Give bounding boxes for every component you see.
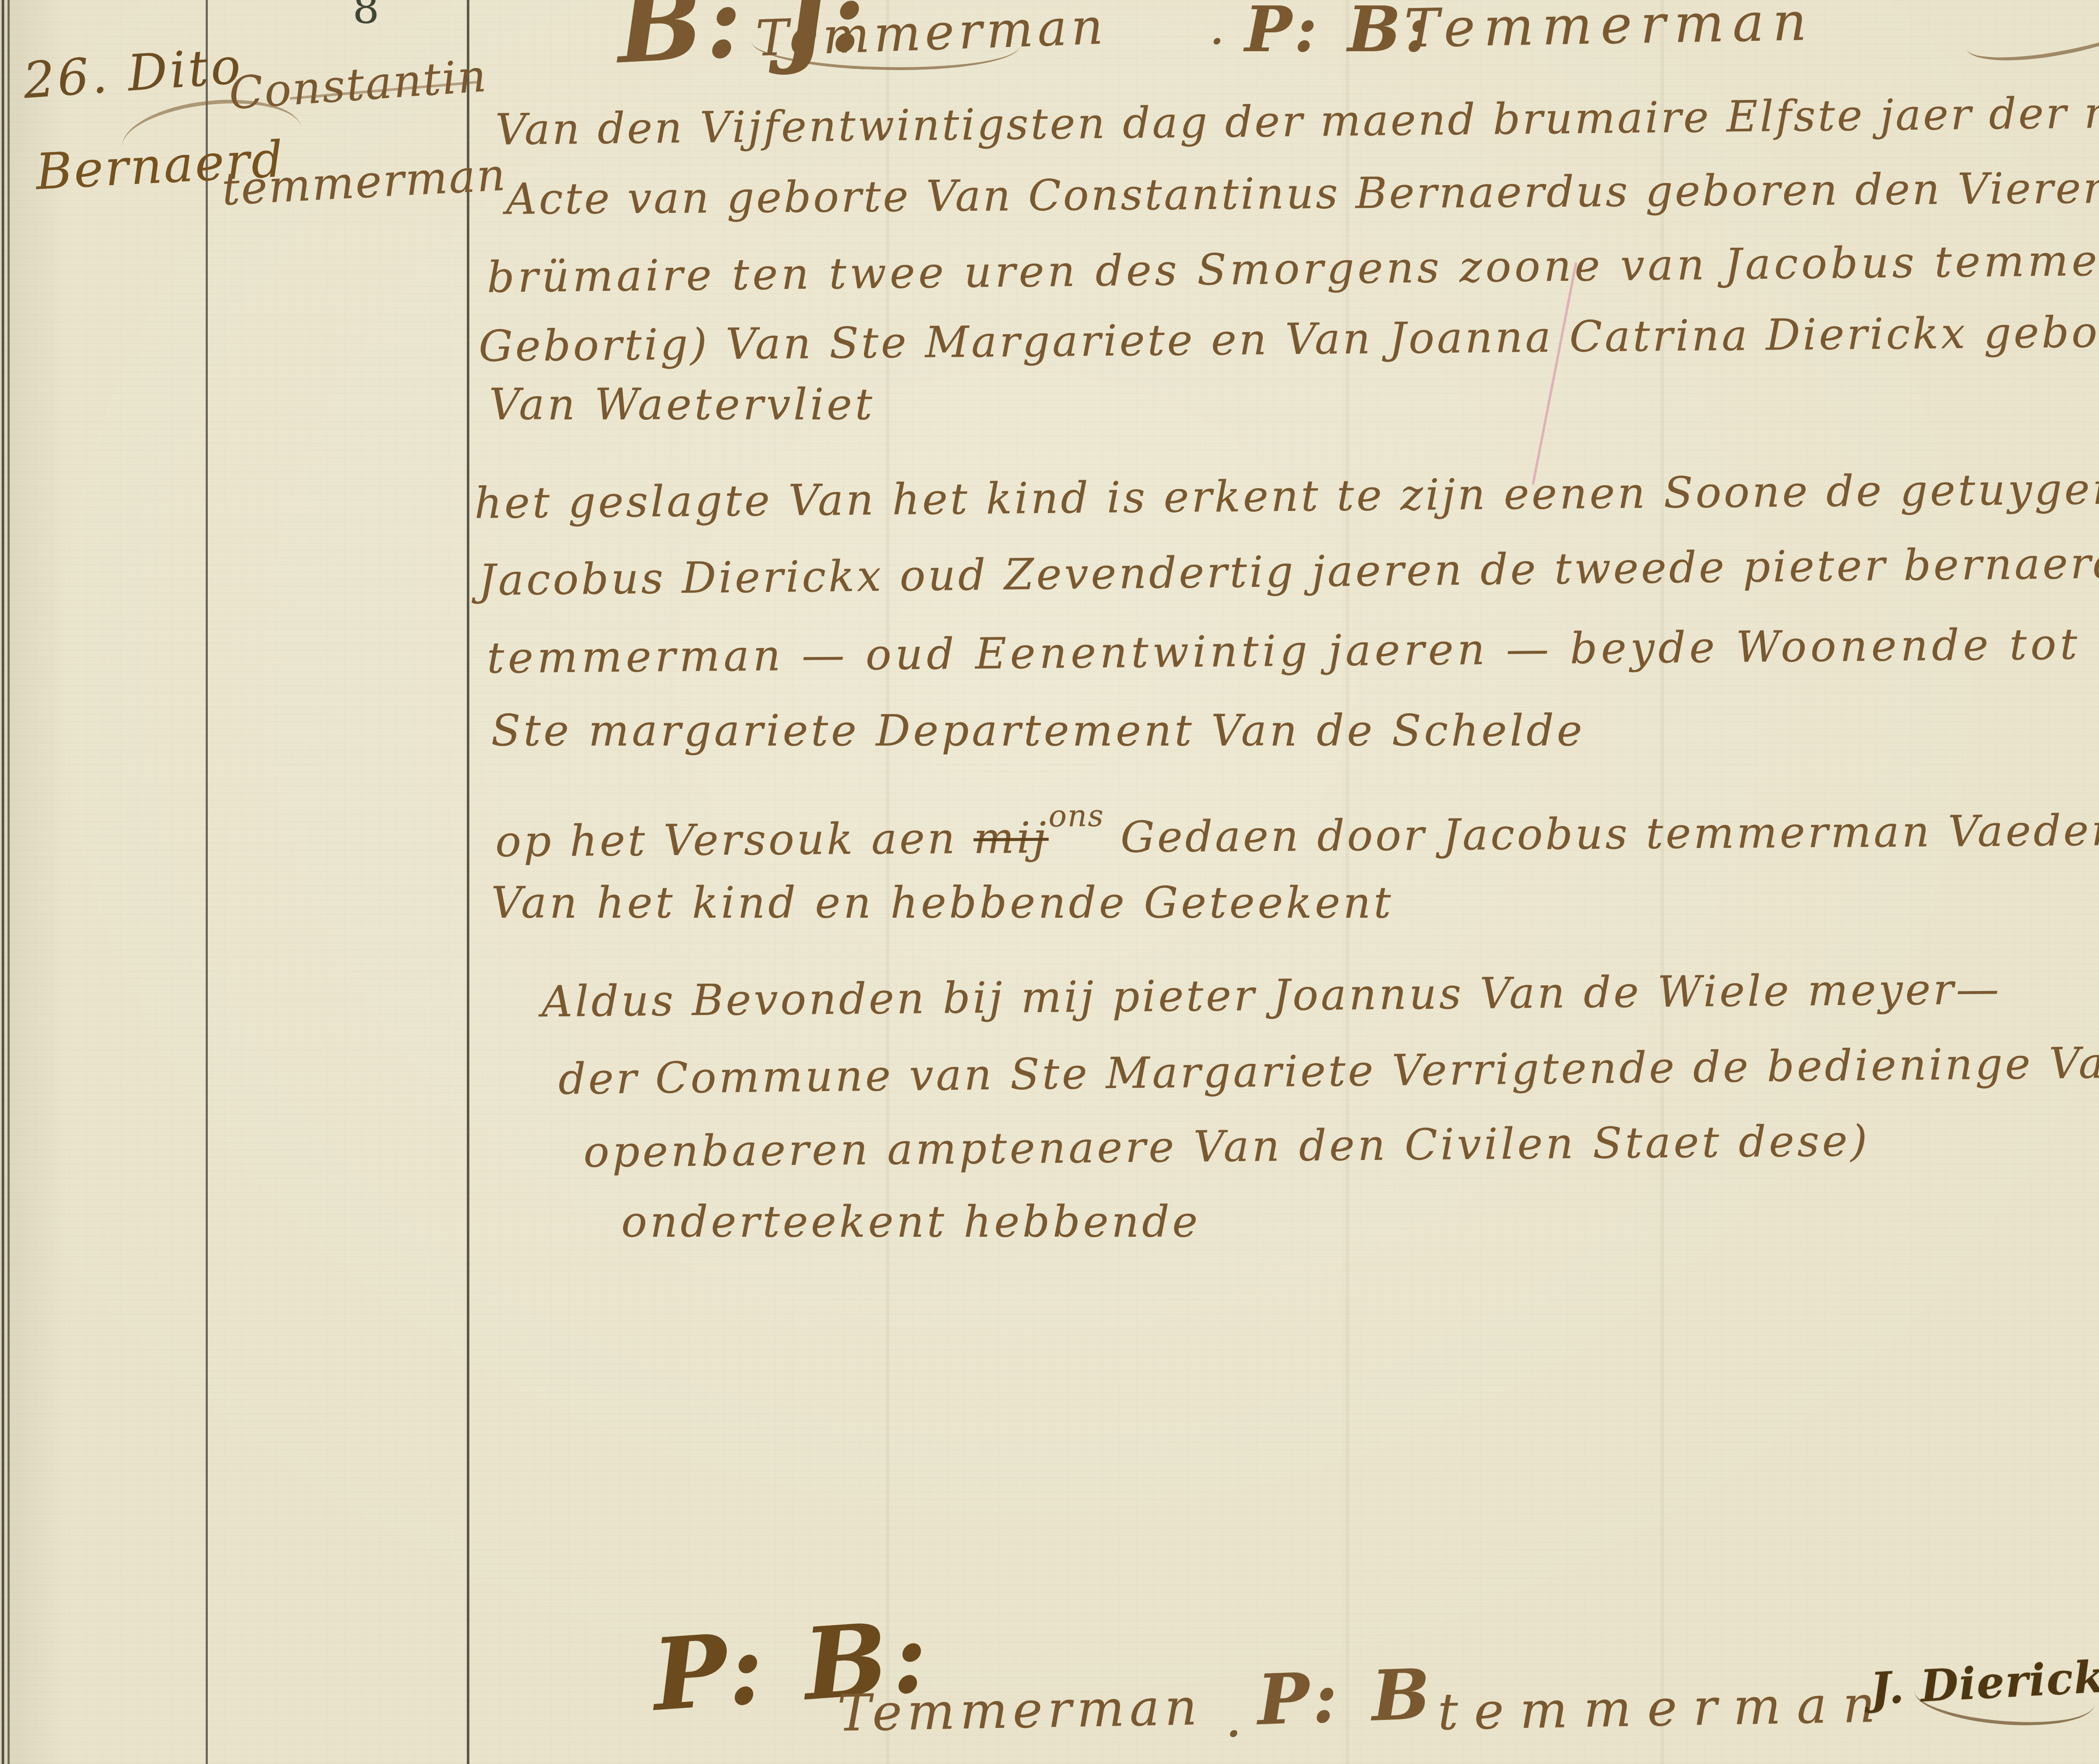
footer-signature-surname-1: Temmerman [837, 1678, 1203, 1743]
body-line-10: op het Versouk aen mijons Gedaen door Ja… [495, 805, 2099, 867]
margin-body-divider [467, 0, 469, 1764]
body-line-5: Van Waetervliet [489, 380, 875, 430]
left-margin-rule-inner [8, 0, 10, 1764]
body-line-13: der Commune van Ste Margariete Verrigten… [558, 1038, 2099, 1104]
body-line-12: Aldus Bevonden bij mij pieter Joannus Va… [542, 964, 2002, 1027]
footer-signature-separator: . [1225, 1685, 1242, 1749]
body-line-4: Gebortig) Van Ste Margariete en Van Joan… [479, 306, 2099, 372]
body-line-1: Van den Vijfentwintigsten dag der maend … [495, 86, 2099, 155]
body-line-7: Jacobus Dierickx oud Zevendertig jaeren … [478, 538, 2099, 605]
body-line-2: Acte van geborte Van Constantinus Bernae… [506, 161, 2099, 224]
footer-signature-surname-2: temmerman [1437, 1675, 1892, 1742]
body-line-15: onderteekent hebbende [621, 1197, 1201, 1247]
body-line-6: het geslagte Van het kind is erkent te z… [474, 463, 2099, 529]
ink-smudge-pink [1532, 262, 1578, 485]
line-10-text: op het Versouk aen [495, 814, 974, 867]
signature-tail-flourish [1962, 0, 2099, 71]
body-line-14: openbaeren amptenaere Van den Civilen St… [584, 1116, 1871, 1178]
body-line-11: Van het kind en hebbende Geteekent [491, 878, 1394, 928]
body-line-9: Ste margariete Departement Van de Scheld… [491, 706, 1585, 756]
body-line-8: temmerman — oud Eenentwintig jaeren — be… [487, 619, 2081, 683]
header-signature-separator: · [1209, 13, 1225, 71]
margin-cutoff-digit: 8 [353, 0, 379, 33]
margin-column-divider [206, 0, 208, 1764]
inserted-word-ons: ons [1048, 798, 1104, 834]
line-10-text-continued: Gedaen door Jacobus temmerman Vaeder— [1104, 805, 2099, 863]
scanned-birth-record-page: B: J: Temmerman · P: B: Temmerman 8 26. … [0, 0, 2099, 1764]
struck-word-mij: mij [974, 813, 1049, 864]
margin-entry-number: 26. Dito [21, 37, 245, 110]
left-margin-rule-outer [2, 0, 4, 1764]
header-signature-surname-2: Temmerman [1404, 0, 1816, 60]
footer-signature-initials-2: P: B [1256, 1653, 1437, 1741]
body-line-3: brümaire ten twee uren des Smorgens zoon… [487, 234, 2099, 302]
